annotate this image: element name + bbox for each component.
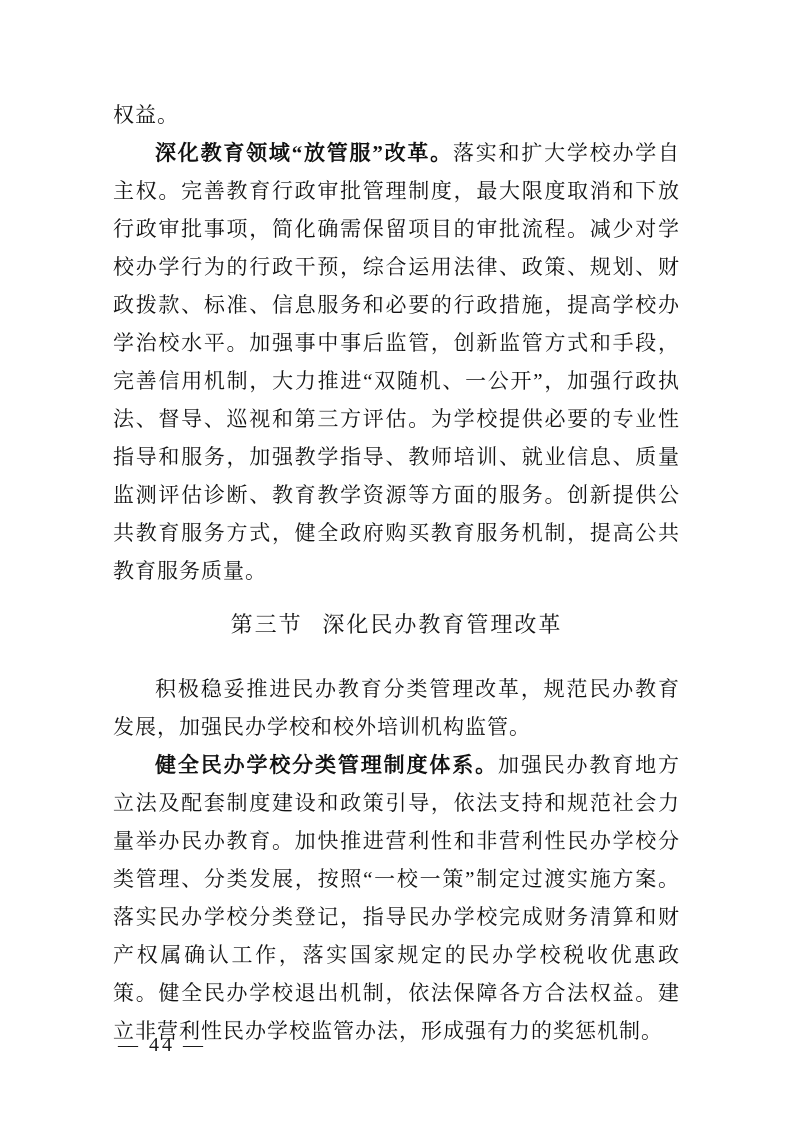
page-content: 权益。 深化教育领域“放管服”改革。落实和扩大学校办学自主权。完善教育行政审批管… [113, 96, 680, 1050]
paragraph-minban-overview: 积极稳妥推进民办教育分类管理改革，规范民办教育发展，加强民办学校和校外培训机构监… [113, 670, 680, 746]
continuation-paragraph: 权益。 [113, 96, 680, 134]
page-number: — 44 — [118, 1034, 206, 1057]
section-number: 第三节 [231, 612, 303, 637]
document-page: 权益。 深化教育领域“放管服”改革。落实和扩大学校办学自主权。完善教育行政审批管… [0, 0, 793, 1122]
paragraph-3-body-text: 加强民办教育地方立法及配套制度建设和政策引导，依法支持和规范社会力量举办民办教育… [113, 753, 680, 1043]
paragraph-2-text: 积极稳妥推进民办教育分类管理改革，规范民办教育发展，加强民办学校和校外培训机构监… [113, 677, 680, 739]
paragraph-fangguanfu-reform: 深化教育领域“放管服”改革。落实和扩大学校办学自主权。完善教育行政审批管理制度，… [113, 134, 680, 590]
paragraph-1-bold-lead: 深化教育领域“放管服”改革。 [155, 141, 453, 165]
section-heading: 第三节深化民办教育管理改革 [113, 606, 680, 644]
continuation-text: 权益。 [113, 103, 179, 127]
section-title: 深化民办教育管理改革 [322, 612, 562, 637]
paragraph-classification-system: 健全民办学校分类管理制度体系。加强民办教育地方立法及配套制度建设和政策引导，依法… [113, 746, 680, 1050]
paragraph-1-body-text: 落实和扩大学校办学自主权。完善教育行政审批管理制度，最大限度取消和下放行政审批事… [113, 141, 680, 583]
paragraph-3-bold-lead: 健全民办学校分类管理制度体系。 [155, 753, 498, 777]
